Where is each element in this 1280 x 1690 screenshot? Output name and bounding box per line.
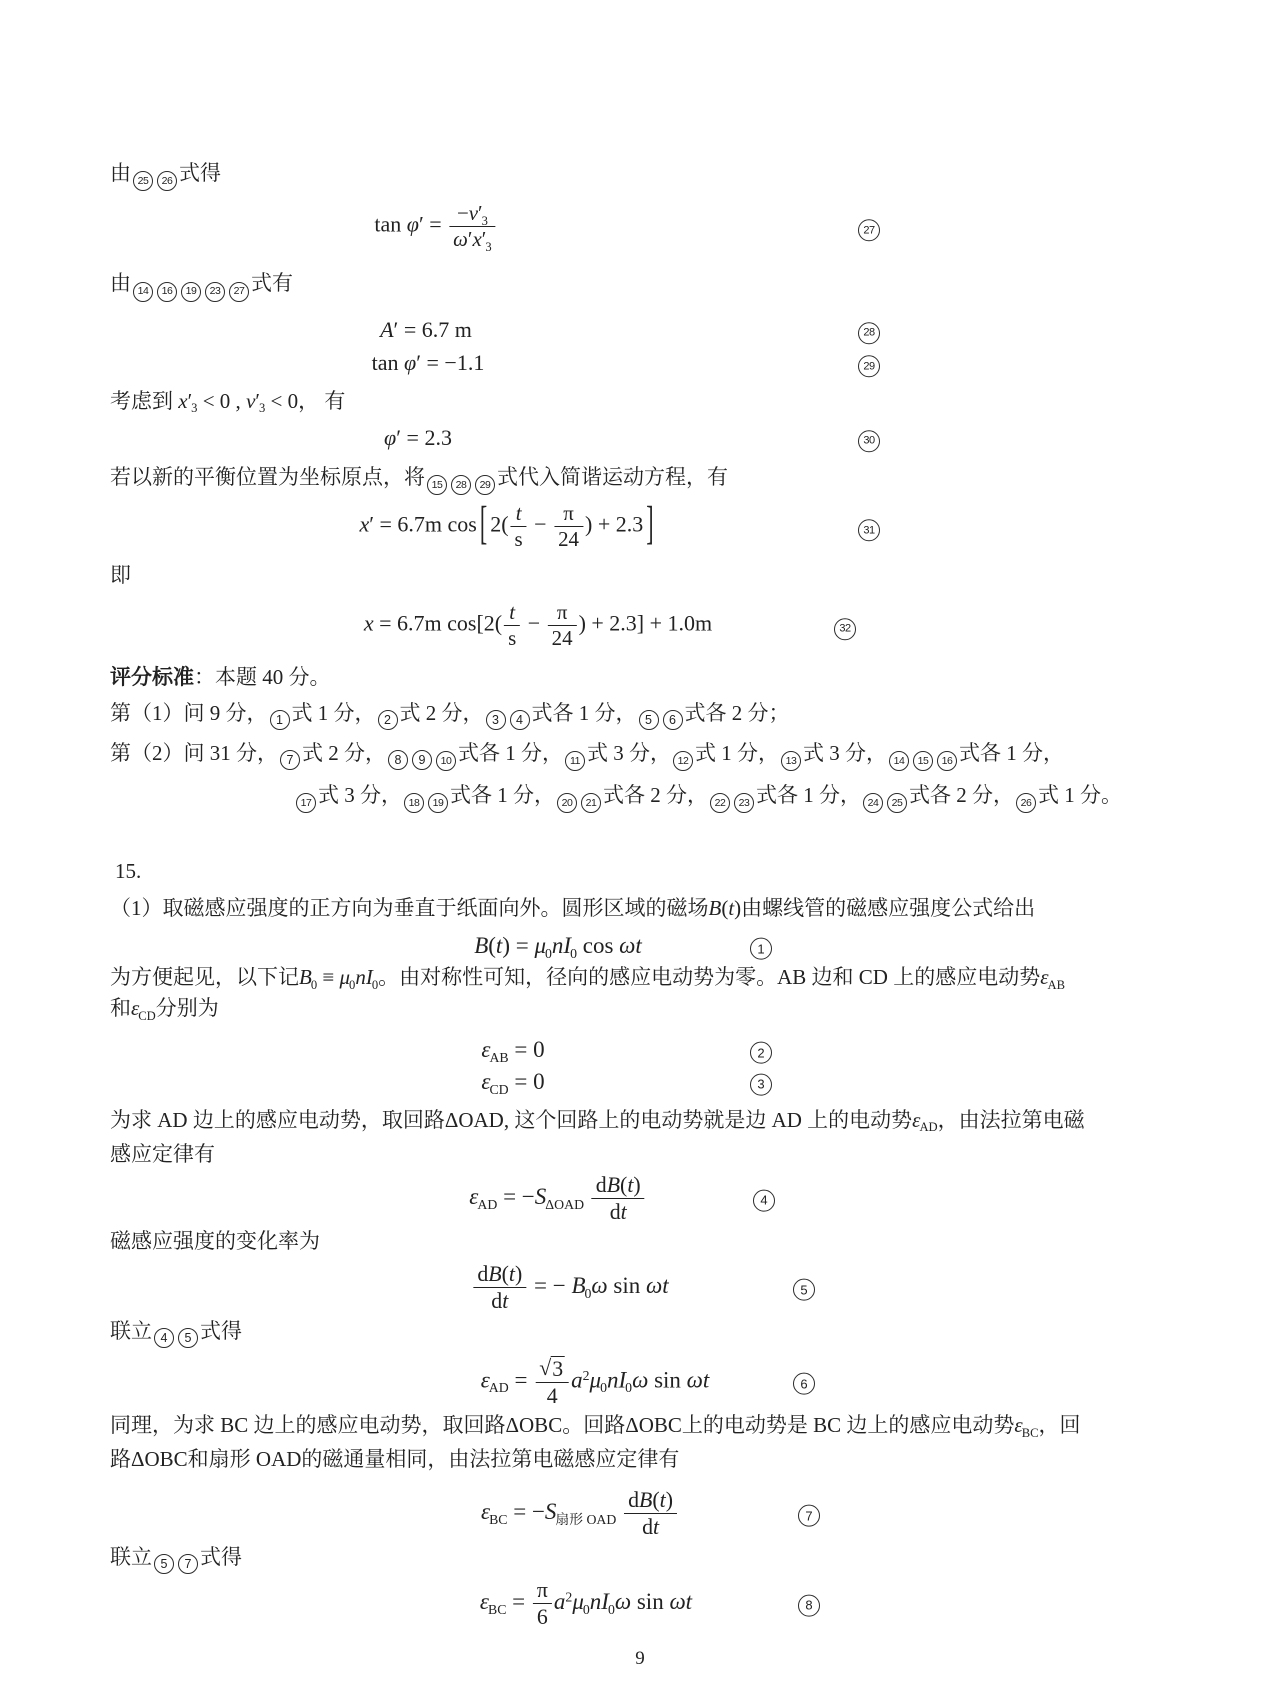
problem15-solution: 15.（1）取磁感应强度的正方向为垂直于纸面向外。圆形区域的磁场B(t)由螺线管…	[110, 856, 1170, 1630]
circled-number: 7	[280, 750, 300, 770]
circled-number: 8	[388, 750, 408, 770]
text-line-p6: 同理，为求 BC 边上的感应电动势，取回路ΔOBC。回路ΔOBC上的电动势是 B…	[110, 1410, 1170, 1440]
equation-number: 7	[796, 1499, 822, 1528]
equation-eq5: dB(t)dt = − B0ω sin ωt5	[110, 1261, 1170, 1314]
big-bracket: [	[480, 494, 487, 552]
fraction: dB(t)dt	[624, 1487, 677, 1540]
formula: εCD = 0	[481, 1068, 544, 1097]
text-line-a3: 考虑到 x′3 < 0 , v′3 < 0， 有	[110, 386, 1170, 416]
formula: εAD = √34a2μ0nI0ω sin ωt	[481, 1355, 710, 1409]
circled-number: 16	[157, 282, 177, 302]
circled-number: 25	[133, 171, 153, 191]
circled-number: 23	[205, 282, 225, 302]
formula: tan φ′ = −v′3ω′x′3	[374, 201, 497, 252]
equation-number: 30	[856, 423, 882, 453]
formula: φ′ = 2.3	[384, 424, 452, 452]
equation-eq7: εBC = −S扇形 OAD dB(t)dt7	[110, 1487, 1170, 1540]
fraction: ts	[511, 501, 527, 552]
circled-number: 21	[581, 793, 601, 813]
circled-number: 16	[937, 751, 957, 771]
circled-number: 7	[178, 1554, 198, 1574]
equation-eq30: φ′ = 2.330	[110, 424, 1170, 452]
equation-number: 31	[856, 512, 882, 542]
circled-number: 9	[412, 750, 432, 770]
equation-eq3: εCD = 03	[110, 1068, 1170, 1097]
equation-number: 1	[748, 932, 774, 961]
circled-number: 26	[1016, 793, 1036, 813]
formula: B(t) = μ0nI0 cos ωt	[474, 932, 642, 961]
equation-number: 4	[751, 1184, 777, 1213]
equation-number: 32	[832, 610, 858, 640]
circled-number: 2	[750, 1042, 772, 1064]
text-line-sc3: 17式 3 分，1819式各 1 分，2021式各 2 分，2223式各 1 分…	[294, 780, 1170, 813]
circled-number: 20	[557, 793, 577, 813]
circled-number: 29	[475, 475, 495, 495]
text-line-a4: 若以新的平衡位置为坐标原点，将152829式代入简谐运动方程，有	[110, 462, 1170, 495]
circled-number: 17	[296, 793, 316, 813]
text-line-p4: 磁感应强度的变化率为	[110, 1226, 1170, 1256]
circled-number: 11	[565, 751, 585, 771]
text-line-sc2: 第（2）问 31 分，7式 2 分，8910式各 1 分，11式 3 分，12式…	[110, 738, 1170, 771]
circled-number: 25	[887, 793, 907, 813]
equation-eq8: εBC = π6a2μ0nI0ω sin ωt8	[110, 1577, 1170, 1630]
fraction: π6	[533, 1577, 552, 1630]
circled-number: 6	[663, 710, 683, 730]
problem14-continuation: 由2526式得tan φ′ = −v′3ω′x′327由1416192327式有…	[110, 158, 1170, 813]
equation-eq6: εAD = √34a2μ0nI0ω sin ωt6	[110, 1355, 1170, 1409]
circled-number: 4	[154, 1328, 174, 1348]
circled-number: 7	[798, 1505, 820, 1527]
square-root: √3	[539, 1356, 565, 1382]
circled-number: 27	[229, 282, 249, 302]
equation-eq32: x = 6.7m cos[2(ts − π24) + 2.3] + 1.0m32	[110, 600, 1170, 651]
circled-number: 32	[834, 618, 856, 640]
circled-number: 3	[750, 1073, 772, 1095]
circled-number: 2	[378, 710, 398, 730]
equation-eq28: A′ = 6.7 m28	[110, 316, 1170, 344]
circled-number: 12	[673, 751, 693, 771]
circled-number: 15	[427, 475, 447, 495]
equation-number: 8	[796, 1589, 822, 1618]
document-page: 由2526式得tan φ′ = −v′3ω′x′327由1416192327式有…	[0, 0, 1280, 1690]
equation-number: 27	[856, 212, 882, 242]
circled-number: 4	[510, 710, 530, 730]
fraction: ts	[504, 600, 520, 651]
fraction: √34	[535, 1355, 569, 1409]
circled-number: 14	[133, 282, 153, 302]
text-line-p1: （1）取磁感应强度的正方向为垂直于纸面向外。圆形区域的磁场B(t)由螺线管的磁感…	[110, 893, 1170, 923]
formula: x′ = 6.7m cos[2(ts − π24) + 2.3]	[359, 501, 656, 552]
document-content: 由2526式得tan φ′ = −v′3ω′x′327由1416192327式有…	[0, 0, 1280, 1630]
formula: εBC = π6a2μ0nI0ω sin ωt	[480, 1577, 692, 1630]
circled-number: 6	[793, 1373, 815, 1395]
formula: A′ = 6.7 m	[380, 316, 472, 344]
text-line-a1: 由2526式得	[110, 158, 1170, 191]
formula: εAD = −SΔOAD dB(t)dt	[469, 1172, 646, 1225]
equation-eq1: B(t) = μ0nI0 cos ωt1	[110, 932, 1170, 961]
text-line-a2: 由1416192327式有	[110, 268, 1170, 301]
circled-number: 14	[889, 751, 909, 771]
text-line-sc1: 第（1）问 9 分，1式 1 分，2式 2 分，34式各 1 分，56式各 2 …	[110, 698, 1170, 730]
equation-number: 3	[748, 1068, 774, 1097]
text-line-p2b: 和εCD分别为	[110, 993, 1170, 1023]
equation-number: 28	[856, 315, 882, 345]
circled-number: 8	[798, 1595, 820, 1617]
circled-number: 5	[793, 1279, 815, 1301]
circled-number: 3	[486, 710, 506, 730]
fraction: −v′3ω′x′3	[449, 201, 495, 252]
circled-number: 31	[858, 520, 880, 542]
equation-eq2: εAB = 02	[110, 1036, 1170, 1065]
circled-number: 5	[178, 1328, 198, 1348]
circled-number: 28	[451, 475, 471, 495]
equation-number: 29	[856, 348, 882, 378]
equation-number: 2	[748, 1036, 774, 1065]
text-line-p3: 为求 AD 边上的感应电动势，取回路ΔOAD, 这个回路上的电动势就是边 AD …	[110, 1105, 1170, 1135]
text-line-p2: 为方便起见，以下记B0 ≡ μ0nI0。由对称性可知，径向的感应电动势为零。AB…	[110, 962, 1170, 992]
circled-number: 19	[181, 282, 201, 302]
page-number: 9	[0, 1648, 1280, 1670]
big-bracket: ]	[646, 494, 653, 552]
circled-number: 10	[436, 751, 456, 771]
circled-number: 1	[270, 710, 290, 730]
fraction: dB(t)dt	[473, 1261, 526, 1314]
equation-eq27: tan φ′ = −v′3ω′x′327	[110, 201, 1170, 252]
equation-number: 5	[791, 1273, 817, 1302]
text-line-p6b: 路ΔOBC和扇形 OAD的磁通量相同，由法拉第电磁感应定律有	[110, 1444, 1170, 1474]
circled-number: 4	[753, 1190, 775, 1212]
formula: εAB = 0	[481, 1036, 544, 1065]
circled-number: 28	[858, 322, 880, 344]
circled-number: 23	[734, 793, 754, 813]
circled-number: 30	[858, 430, 880, 452]
circled-number: 26	[157, 171, 177, 191]
formula: εBC = −S扇形 OAD dB(t)dt	[481, 1487, 679, 1540]
fraction: π24	[548, 600, 577, 651]
circled-number: 19	[428, 793, 448, 813]
circled-number: 5	[154, 1554, 174, 1574]
circled-number: 13	[781, 751, 801, 771]
equation-eq4: εAD = −SΔOAD dB(t)dt4	[110, 1172, 1170, 1225]
circled-number: 27	[858, 220, 880, 242]
text-line-a5: 即	[110, 560, 1170, 590]
circled-number: 22	[710, 793, 730, 813]
circled-number: 29	[858, 356, 880, 378]
formula: tan φ′ = −1.1	[372, 349, 485, 377]
circled-number: 15	[913, 751, 933, 771]
equation-number: 6	[791, 1368, 817, 1397]
text-line-p5: 联立45式得	[110, 1316, 1170, 1348]
circled-number: 5	[639, 710, 659, 730]
equation-eq31: x′ = 6.7m cos[2(ts − π24) + 2.3]31	[110, 501, 1170, 552]
text-line-p3b: 感应定律有	[110, 1139, 1170, 1169]
formula: dB(t)dt = − B0ω sin ωt	[471, 1261, 668, 1314]
fraction: dB(t)dt	[592, 1172, 645, 1225]
text-line-p7: 联立57式得	[110, 1542, 1170, 1574]
circled-number: 18	[404, 793, 424, 813]
circled-number: 24	[863, 793, 883, 813]
equation-eq29: tan φ′ = −1.129	[110, 349, 1170, 377]
text-line-sc0: 评分标准：本题 40 分。	[110, 662, 1170, 692]
text-line-h15: 15.	[115, 856, 1170, 886]
formula: x = 6.7m cos[2(ts − π24) + 2.3] + 1.0m	[364, 600, 712, 651]
fraction: π24	[554, 501, 583, 552]
circled-number: 1	[750, 938, 772, 960]
